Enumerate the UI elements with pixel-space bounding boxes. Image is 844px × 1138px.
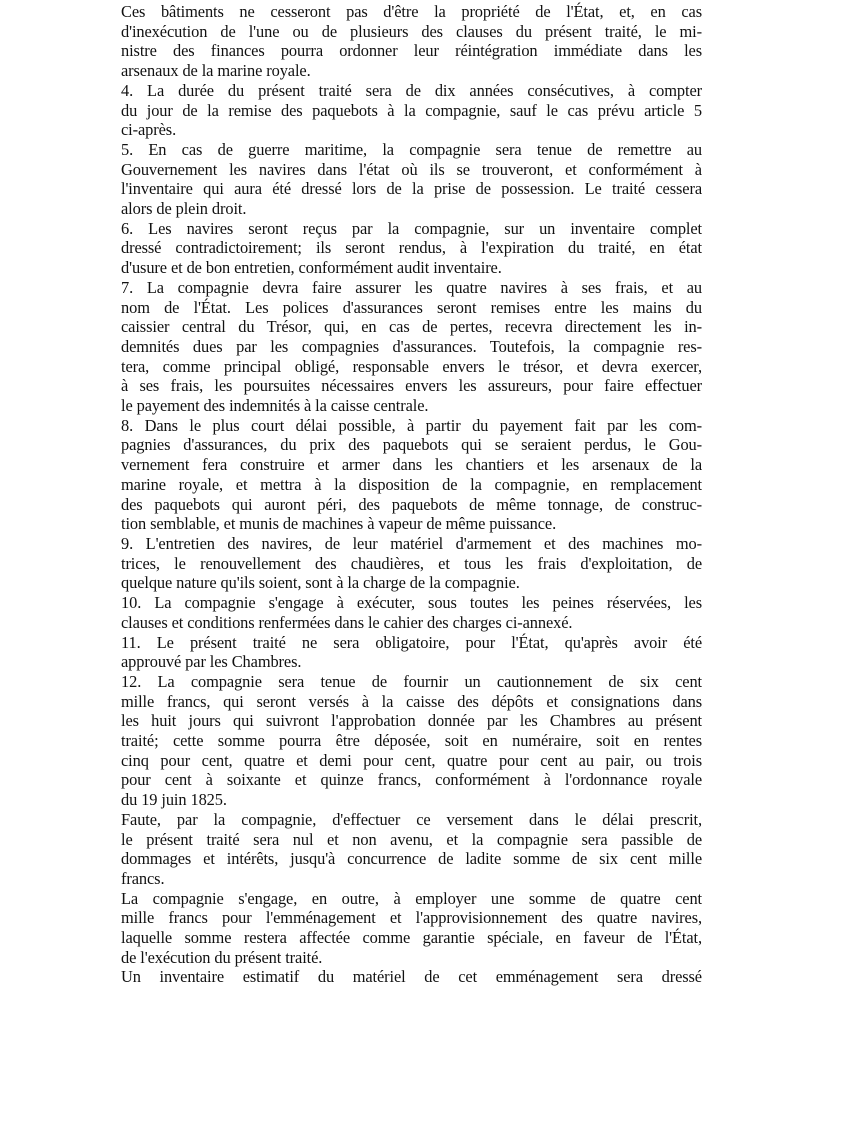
- line-text: Les navires seront reçus par la compagni…: [148, 219, 702, 238]
- text-line: d'usure et de bon entretien, conformémen…: [102, 258, 702, 278]
- text-line: laquelle somme restera affectée comme ga…: [102, 928, 702, 948]
- text-line: Un inventaire estimatif du matériel de c…: [102, 967, 702, 987]
- line-text: La compagnie s'engage à exécuter, sous t…: [154, 593, 702, 612]
- text-line: alors de plein droit.: [102, 199, 702, 219]
- text-line: Gouvernement les navires dans l'état où …: [102, 160, 702, 180]
- article-8: 8. Dans le plus court délai possible, à …: [102, 416, 702, 534]
- line-text: En cas de guerre maritime, la compagnie …: [148, 140, 702, 159]
- line-text: La durée du présent traité sera de dix a…: [147, 81, 702, 100]
- text-line: demnités dues par les compagnies d'assur…: [102, 337, 702, 357]
- text-line: d'inexécution de l'une ou de plusieurs d…: [102, 22, 702, 42]
- text-line: 8. Dans le plus court délai possible, à …: [102, 416, 702, 436]
- text-line: 11. Le présent traité ne sera obligatoir…: [102, 633, 702, 653]
- text-line: le présent traité sera nul et non avenu,…: [102, 830, 702, 850]
- article-number: 9.: [121, 534, 133, 553]
- article-4: 4. La durée du présent traité sera de di…: [102, 81, 702, 140]
- text-line: tion semblable, et munis de machines à v…: [102, 514, 702, 534]
- article-number: 10.: [121, 593, 141, 612]
- text-line: 9. L'entretien des navires, de leur maté…: [102, 534, 702, 554]
- article-7: 7. La compagnie devra faire assurer les …: [102, 278, 702, 416]
- article-number: 6.: [121, 219, 133, 238]
- text-line: Faute, par la compagnie, d'effectuer ce …: [102, 810, 702, 830]
- article-number: 5.: [121, 140, 133, 159]
- text-line: mille francs, qui seront versés à la cai…: [102, 692, 702, 712]
- text-line: 6. Les navires seront reçus par la compa…: [102, 219, 702, 239]
- line-text: Le présent traité ne sera obligatoire, p…: [157, 633, 702, 652]
- text-line: nom de l'État. Les polices d'assurances …: [102, 298, 702, 318]
- text-line: dommages et intérêts, jusqu'à concurrenc…: [102, 849, 702, 869]
- text-line: des paquebots qui auront péri, des paque…: [102, 495, 702, 515]
- text-line: 4. La durée du présent traité sera de di…: [102, 81, 702, 101]
- paragraph: Un inventaire estimatif du matériel de c…: [102, 967, 702, 987]
- text-line: approuvé par les Chambres.: [102, 652, 702, 672]
- line-text: Dans le plus court délai possible, à par…: [145, 416, 702, 435]
- text-line: tera, comme principal obligé, responsabl…: [102, 357, 702, 377]
- text-line: le payement des indemnités à la caisse c…: [102, 396, 702, 416]
- text-line: 5. En cas de guerre maritime, la compagn…: [102, 140, 702, 160]
- article-5: 5. En cas de guerre maritime, la compagn…: [102, 140, 702, 219]
- paragraph: Ces bâtiments ne cesseront pas d'être la…: [102, 2, 702, 81]
- text-line: nistre des finances pourra ordonner leur…: [102, 41, 702, 61]
- text-line: pagnies d'assurances, du prix des paqueb…: [102, 435, 702, 455]
- text-line: cinq pour cent, quatre et demi pour cent…: [102, 751, 702, 771]
- paragraph: Faute, par la compagnie, d'effectuer ce …: [102, 810, 702, 889]
- article-6: 6. Les navires seront reçus par la compa…: [102, 219, 702, 278]
- article-11: 11. Le présent traité ne sera obligatoir…: [102, 633, 702, 672]
- text-line: vernement fera construire et armer dans …: [102, 455, 702, 475]
- text-line: pour cent à soixante et quinze francs, c…: [102, 770, 702, 790]
- text-line: trices, le renouvellement des chaudières…: [102, 554, 702, 574]
- text-line: mille francs pour l'emménagement et l'ap…: [102, 908, 702, 928]
- text-line: 7. La compagnie devra faire assurer les …: [102, 278, 702, 298]
- line-text: La compagnie devra faire assurer les qua…: [147, 278, 702, 297]
- article-number: 8.: [121, 416, 133, 435]
- text-line: Ces bâtiments ne cesseront pas d'être la…: [102, 2, 702, 22]
- text-line: du jour de la remise des paquebots à la …: [102, 101, 702, 121]
- article-number: 12.: [121, 672, 141, 691]
- text-line: quelque nature qu'ils soient, sont à la …: [102, 573, 702, 593]
- text-line: francs.: [102, 869, 702, 889]
- text-line: de l'exécution du présent traité.: [102, 948, 702, 968]
- text-line: 10. La compagnie s'engage à exécuter, so…: [102, 593, 702, 613]
- text-line: à ses frais, les poursuites nécessaires …: [102, 376, 702, 396]
- text-line: marine royale, et mettra à la dispositio…: [102, 475, 702, 495]
- text-line: ci-après.: [102, 120, 702, 140]
- text-line: arsenaux de la marine royale.: [102, 61, 702, 81]
- text-line: caissier central du Trésor, qui, en cas …: [102, 317, 702, 337]
- text-line: 12. La compagnie sera tenue de fournir u…: [102, 672, 702, 692]
- text-line: l'inventaire qui aura été dressé lors de…: [102, 179, 702, 199]
- line-text: L'entretien des navires, de leur matérie…: [146, 534, 702, 553]
- text-line: les huit jours qui suivront l'approbatio…: [102, 711, 702, 731]
- document-page: Ces bâtiments ne cesseront pas d'être la…: [102, 2, 702, 987]
- article-number: 7.: [121, 278, 133, 297]
- line-text: La compagnie sera tenue de fournir un ca…: [158, 672, 703, 691]
- article-number: 11.: [121, 633, 141, 652]
- text-line: La compagnie s'engage, en outre, à emplo…: [102, 889, 702, 909]
- text-line: du 19 juin 1825.: [102, 790, 702, 810]
- text-line: dressé contradictoirement; ils seront re…: [102, 238, 702, 258]
- article-9: 9. L'entretien des navires, de leur maté…: [102, 534, 702, 593]
- paragraph: La compagnie s'engage, en outre, à emplo…: [102, 889, 702, 968]
- text-line: traité; cette somme pourra être déposée,…: [102, 731, 702, 751]
- text-line: clauses et conditions renfermées dans le…: [102, 613, 702, 633]
- article-number: 4.: [121, 81, 133, 100]
- article-12: 12. La compagnie sera tenue de fournir u…: [102, 672, 702, 810]
- article-10: 10. La compagnie s'engage à exécuter, so…: [102, 593, 702, 632]
